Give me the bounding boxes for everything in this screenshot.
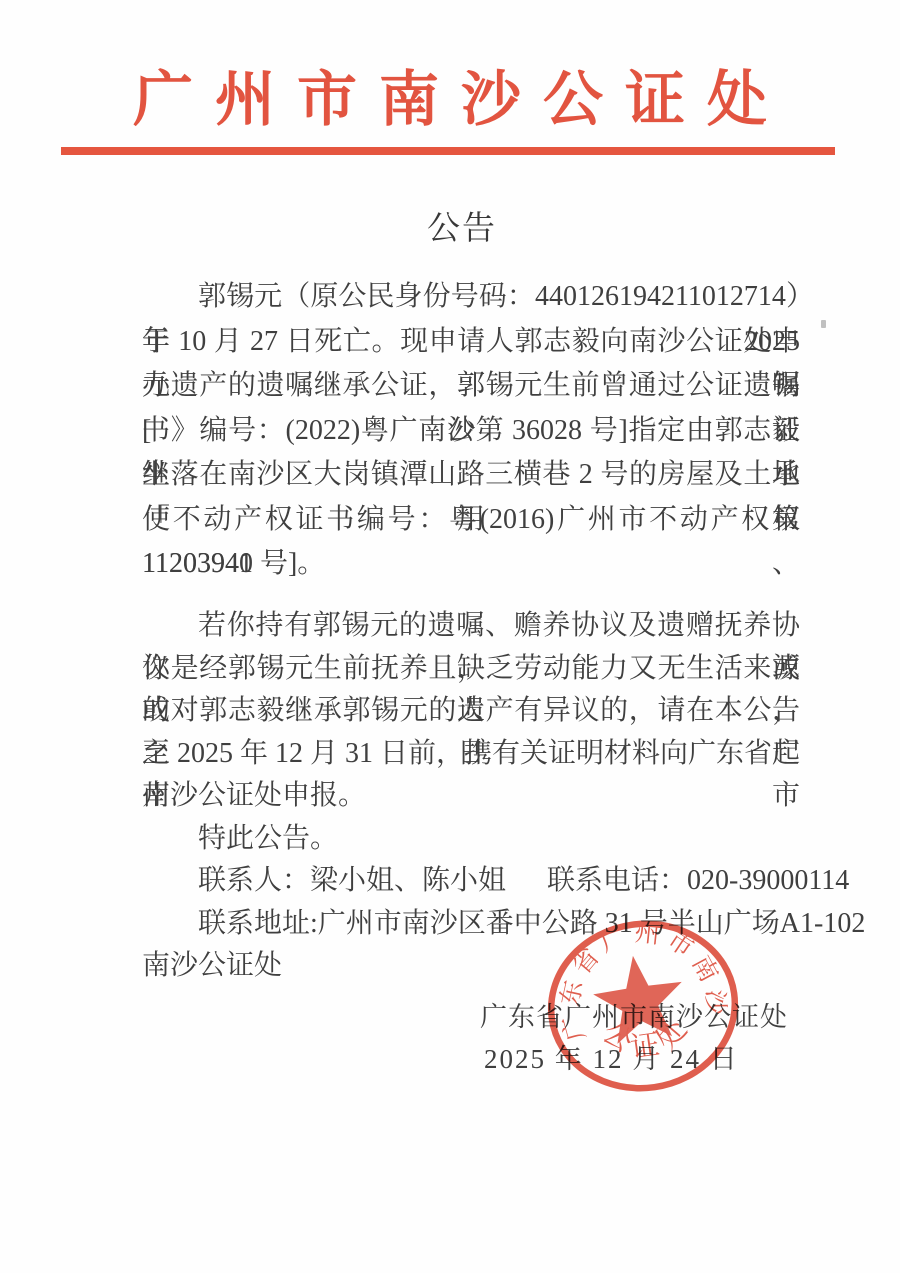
notary-announcement-page: 广州市南沙公证处 公告 郭锡元（原公民身份号码：4401261942110127… [0, 0, 900, 1273]
body-line: 「不动产权证书编号：粤(2016)广州市不动产权第 11203940、 [142, 498, 800, 543]
body-line: 郭锡元（原公民身份号码：440126194211012714）于 2025 [142, 275, 800, 320]
body-line: 至 2025 年 12 月 31 日前，携有关证明材料向广东省广州市 [142, 733, 800, 776]
body-line: 元遗产的遗嘱继承公证，郭锡元生前曾通过公证遗嘱[公证 [142, 364, 800, 409]
body-line: 坐落在南沙区大岗镇潭山路三横巷 2 号的房屋及土地使用权 [142, 453, 800, 498]
contact-person: 联系人：梁小姐、陈小姐 [198, 865, 506, 896]
contact-address-line-2: 南沙公证处 [142, 945, 800, 988]
paragraph-1: 郭锡元（原公民身份号码：440126194211012714）于 2025 年 … [142, 275, 800, 587]
scan-artifact-speck [821, 320, 826, 328]
contact-line: 联系人：梁小姐、陈小姐 联系电话：020-39000114 [142, 860, 800, 903]
org-title: 广州市南沙公证处 [0, 62, 900, 138]
contact-address-line-1: 联系地址:广州市南沙区番中公路 31 号半山广场A1-102 [142, 903, 800, 946]
page-title: 公告 [0, 209, 900, 247]
body-line: 年 10 月 27 日死亡。现申请人郭志毅向南沙公证处申办郭锡 [142, 320, 800, 365]
body-line: 或对郭志毅继承郭锡元的遗产有异议的，请在本公告之日起 [142, 690, 800, 733]
closing-line: 特此公告。 [142, 818, 800, 861]
letterhead-divider [61, 147, 835, 155]
paragraph-2-and-contacts: 若你持有郭锡元的遗嘱、赡养协议及遗赠抚养协议，或 你是经郭锡元生前抚养且缺乏劳动… [142, 605, 800, 988]
body-line: 书》编号：(2022)粤广南沙第 36028 号]指定由郭志毅继承 [142, 409, 800, 454]
contact-phone: 联系电话：020-39000114 [547, 865, 849, 896]
signature-date: 2025 年 12 月 24 日 [484, 1037, 739, 1076]
body-line: 你是经郭锡元生前抚养且缺乏劳动能力又无生活来源的人， [142, 648, 800, 691]
body-line: 若你持有郭锡元的遗嘱、赡养协议及遗赠抚养协议，或 [142, 605, 800, 648]
signature-org: 广东省广州市南沙公证处 [480, 995, 788, 1034]
